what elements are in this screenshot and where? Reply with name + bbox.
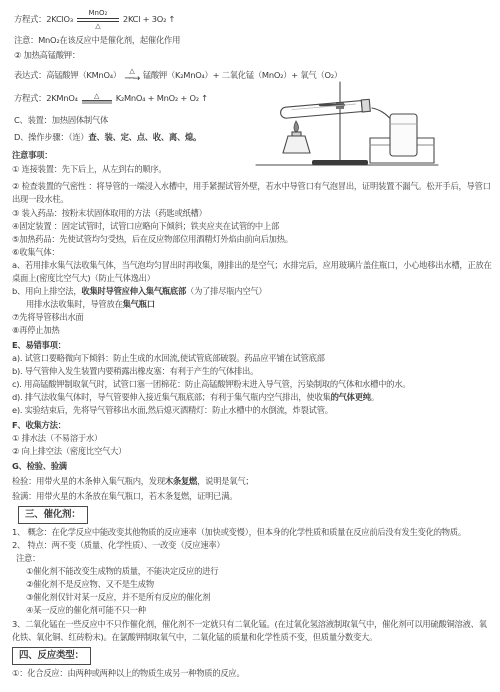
- section-heading: 三、催化剂：: [0, 506, 500, 524]
- text-span: ④固定装置 ：固定试管时，试管口应略向下倾斜；铁夹应夹在试管的中上部: [12, 221, 279, 231]
- text-line: ①催化剂不能改变生成物的质量，不能决定反应的进行: [0, 565, 500, 578]
- text-span: F、收集方法：: [12, 420, 66, 430]
- text-line: ①：化合反应：由两种或两种以上的物质生成另一种物质的反应。: [0, 667, 500, 680]
- text-line: 用排水法收集时，导管放在集气瓶口: [0, 298, 500, 311]
- text-span: ⑥收集气体：: [12, 247, 59, 257]
- text-span: 3、二氧化锰在一些反应中不只作催化剂，催化剂不一定就只有二氧化锰。(在过氧化氢溶…: [12, 619, 487, 642]
- text-span: 注意事项：: [12, 150, 52, 160]
- text-line: 2、 特点：两不变（质量、化学性质）、一改变（反应速率）: [0, 539, 500, 552]
- text-span: e). 实验结束后，先将导气管移出水面,然后熄灭酒精灯：防止水槽中的水倒流，炸裂…: [12, 405, 333, 415]
- text-span: C、装置：加热固体制气体: [14, 115, 108, 125]
- text-span: 三、催化剂：: [25, 509, 81, 520]
- equals-bar: [82, 100, 112, 104]
- section-heading: 四、反应类型：: [0, 647, 500, 665]
- text-span: ② 加热高锰酸钾：: [14, 50, 80, 60]
- alcohol-lamp: [283, 121, 310, 153]
- text-span: ⑤加热药品：先使试管均匀受热，后在反应物部位用酒精灯外焰由前向后加热。: [12, 234, 293, 244]
- text-span: ① 连接装置：先下后上，从左到右的顺序。: [12, 164, 166, 174]
- text-line: ③ 装入药品：按粉末状固体取用的方法（药匙或纸槽）: [0, 207, 500, 220]
- text-line: ⑥收集气体：: [0, 246, 500, 259]
- text-line: 方程式：2KClO₃ MnO₂△ 2KCl + 3O₂ ↑: [0, 9, 500, 30]
- text-line: a、若用排水集气法收集气体，当气泡均匀冒出时再收集，刚排出的是空气；水排完后，应…: [0, 259, 500, 285]
- text-span: c). 用高锰酸钾制取氧气时，试管口塞一团棉花：防止高锰酸钾粉末进入导气管，污染…: [12, 379, 410, 389]
- text-line: ② 检查装置的气密性 ：将导管的一端浸入水槽中，用手紧握试管外壁，若水中导管口有…: [0, 180, 500, 206]
- text-span: E、易错事项：: [12, 340, 66, 350]
- text-span: ③催化剂仅针对某一反应，并不是所有反应的催化剂: [26, 592, 210, 602]
- text-span: 用排水法收集时，导管放在: [26, 299, 123, 309]
- iron-stand: [312, 82, 368, 165]
- text-line: ②催化剂不是反应物、又不是生成物: [0, 578, 500, 591]
- text-span: 2KCl + 3O₂ ↑: [123, 13, 175, 26]
- arrow-condition: △──→: [125, 68, 139, 83]
- text-line: ② 加热高锰酸钾：: [0, 49, 500, 62]
- text-span: 检验：用带火星的木条伸入集气瓶内，发现: [12, 476, 165, 486]
- right-arrow: ──→: [125, 75, 139, 83]
- equals-bar: [77, 18, 119, 22]
- text-span: 表达式：高锰酸钾（KMnO₄）: [14, 69, 121, 82]
- text-line: ④固定装置 ：固定试管时，试管口应略向下倾斜；铁夹应夹在试管的中上部: [0, 220, 500, 233]
- text-line: b). 导气管伸入发生装置内要稍露出橡皮塞：有利于产生的气体排出。: [0, 365, 500, 378]
- text-line: F、收集方法：: [0, 419, 500, 432]
- text-span: 1、 概念：在化学反应中能改变其他物质的反应速率（加快或变慢），但本身的化学性质…: [12, 527, 466, 537]
- text-line: ⑤加热药品：先使试管均匀受热，后在反应物部位用酒精灯外焰由前向后加热。: [0, 233, 500, 246]
- text-span: 注意：MnO₂在该反应中是催化剂，起催化作用: [14, 35, 180, 45]
- apparatus-sketch: [252, 76, 444, 172]
- text-span: 注意：: [16, 553, 40, 563]
- text-line: e). 实验结束后，先将导气管移出水面,然后熄灭酒精灯：防止水槽中的水倒流，炸裂…: [0, 404, 500, 417]
- text-line: G、检验、验满: [0, 460, 500, 473]
- test-tube: [280, 99, 370, 119]
- gas-collection-bottle: [390, 114, 417, 156]
- text-line: ⑧再停止加热: [0, 324, 500, 337]
- text-line: ④某一反应的催化剂可能不只一种: [0, 604, 500, 617]
- text-span: 木条复燃: [165, 476, 197, 486]
- text-line: 验满：用带火星的木条放在集气瓶口，若木条复燃，证明已满。: [0, 490, 500, 503]
- text-span: a). 试管口要略微向下倾斜：防止生成的水回流,使试管底部破裂。药品应平铺在试管…: [12, 353, 325, 363]
- text-span: 。: [371, 392, 379, 402]
- document-page: 方程式：2KClO₃ MnO₂△ 2KCl + 3O₂ ↑注意：MnO₂在该反应…: [0, 0, 500, 692]
- text-line: d). 排气法收集气体时，导气管要伸入接近集气瓶底部；有利于集气瓶内空气排出，使…: [0, 391, 500, 404]
- text-span: 收集时导管应伸入集气瓶底部: [81, 286, 186, 296]
- text-span: D、操作步骤：（连）: [14, 132, 88, 142]
- text-line: c). 用高锰酸钾制取氧气时，试管口塞一团棉花：防止高锰酸钾粉末进入导气管，污染…: [0, 378, 500, 391]
- text-span: ② 向上排空法（密度比空气大）: [12, 446, 126, 456]
- text-span: ①催化剂不能改变生成物的质量，不能决定反应的进行: [26, 566, 218, 576]
- text-span: 验满：用带火星的木条放在集气瓶口，若木条复燃，证明已满。: [12, 491, 237, 501]
- text-span: K₂MnO₄ + MnO₂ + O₂ ↑: [116, 92, 208, 105]
- reaction-condition: △: [82, 93, 112, 104]
- text-span: ②催化剂不是反应物、又不是生成物: [26, 579, 154, 589]
- reaction-condition: MnO₂△: [77, 10, 119, 30]
- text-span: 查、装、定、点、收、离、熄。: [88, 132, 201, 142]
- text-span: 方程式：2KClO₃: [14, 13, 73, 26]
- text-line: ① 排水法（不易溶于水）: [0, 432, 500, 445]
- text-line: 1、 概念：在化学反应中能改变其他物质的反应速率（加快或变慢），但本身的化学性质…: [0, 526, 500, 539]
- text-line: a). 试管口要略微向下倾斜：防止生成的水回流,使试管底部破裂。药品应平铺在试管…: [0, 352, 500, 365]
- text-line: ② 向上排空法（密度比空气大）: [0, 445, 500, 458]
- text-line: b、用向上排空法，收集时导管应伸入集气瓶底部（为了排尽瓶内空气）: [0, 285, 500, 298]
- text-span: ⑧再停止加热: [12, 325, 59, 335]
- text-span: 四、反应类型：: [19, 650, 84, 661]
- text-span: ④某一反应的催化剂可能不只一种: [26, 605, 146, 615]
- text-span: 集气瓶口: [123, 299, 155, 309]
- text-span: G、检验、验满: [12, 461, 67, 471]
- text-span: 的气体更纯: [331, 392, 371, 402]
- text-span: a、若用排水集气法收集气体，当气泡均匀冒出时再收集，刚排出的是空气；水排完后，应…: [12, 260, 492, 283]
- condition-top: MnO₂: [89, 10, 108, 17]
- boxed-heading: 三、催化剂：: [18, 506, 88, 524]
- text-line: E、易错事项：: [0, 339, 500, 352]
- text-span: 方程式：2KMnO₄: [14, 92, 78, 105]
- text-line: ⑦先将导管移出水面: [0, 311, 500, 324]
- text-line: 注意：MnO₂在该反应中是催化剂，起催化作用: [0, 34, 500, 47]
- text-line: ③催化剂仅针对某一反应，并不是所有反应的催化剂: [0, 591, 500, 604]
- text-span: ，说明是氧气；: [197, 476, 253, 486]
- text-span: b). 导气管伸入发生装置内要稍露出橡皮塞：有利于产生的气体排出。: [12, 366, 258, 376]
- text-line: 注意：: [0, 552, 500, 565]
- text-span: ①：化合反应：由两种或两种以上的物质生成另一种物质的反应。: [12, 668, 245, 678]
- text-span: ② 检查装置的气密性 ：将导管的一端浸入水槽中，用手紧握试管外壁，若水中导管口有…: [12, 181, 491, 204]
- text-span: d). 排气法收集气体时，导气管要伸入接近集气瓶底部；有利于集气瓶内空气排出，使…: [12, 392, 331, 402]
- text-line: 检验：用带火星的木条伸入集气瓶内，发现木条复燃，说明是氧气；: [0, 475, 500, 488]
- text-span: 2、 特点：两不变（质量、化学性质）、一改变（反应速率）: [12, 540, 225, 550]
- boxed-heading: 四、反应类型：: [12, 647, 91, 665]
- text-span: ① 排水法（不易溶于水）: [12, 433, 102, 443]
- text-span: ⑦先将导管移出水面: [12, 312, 84, 322]
- condition-top: △: [94, 93, 99, 100]
- text-line: 3、二氧化锰在一些反应中不只作催化剂，催化剂不一定就只有二氧化锰。(在过氧化氢溶…: [0, 618, 500, 644]
- apparatus-diagram: [252, 76, 444, 172]
- text-span: （为了排尽瓶内空气）: [186, 286, 266, 296]
- text-span: ③ 装入药品：按粉末状固体取用的方法（药匙或纸槽）: [12, 208, 207, 218]
- text-span: b、用向上排空法，: [12, 286, 81, 296]
- condition-bottom: △: [95, 23, 100, 30]
